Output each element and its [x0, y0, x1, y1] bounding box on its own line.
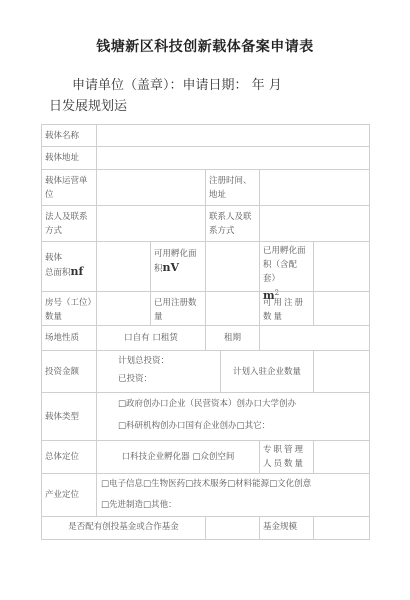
total-area-label-text: 总面积 [45, 268, 71, 278]
fund-question-label: 是否配有创投基金或合作基金 [41, 516, 206, 540]
total-area-label: 载体 总面积nf [41, 241, 97, 292]
header-continuation-line: 日发展规划运 [49, 95, 127, 114]
staff-count-field[interactable] [313, 440, 370, 474]
fund-scale-field[interactable] [313, 516, 370, 540]
used-reg-count-label: 已用注册数量 [150, 291, 206, 326]
total-area-label-line2: 总面积nf [45, 265, 93, 280]
carrier-type-label: 载体类型 [41, 392, 97, 441]
avail-incub-area-field[interactable] [205, 241, 260, 292]
room-count-label: 房号（工位）数量 [41, 291, 97, 326]
carrier-type-options[interactable]: □政府创办口企业（民营资本）创办口大学创办 □科研机构创办口国有企业创办□其它： [96, 392, 370, 441]
avail-incub-area-unit: nV [163, 261, 180, 274]
carrier-address-field[interactable] [96, 146, 370, 170]
used-reg-count-field[interactable] [205, 291, 260, 326]
fund-scale-label: 基金规模 [259, 516, 314, 540]
carrier-type-options-line1[interactable]: □政府创办口企业（民营资本）创办口大学创办 [118, 393, 366, 415]
carrier-type-options-line2[interactable]: □科研机构创办口国有企业创办□其它： [118, 415, 366, 437]
overall-position-options[interactable]: 口科技企业孵化器 □众创空间 [96, 440, 260, 474]
avail-reg-count-label: 可用注册数量 [259, 291, 314, 326]
avail-reg-count-field[interactable] [313, 291, 370, 326]
used-incub-area-label: 已用孵化面积（含配套）m2 [259, 241, 314, 292]
used-incub-area-field[interactable] [313, 241, 370, 292]
lease-term-label: 租期 [205, 325, 260, 351]
overall-position-label: 总体定位 [41, 440, 97, 474]
industry-position-label: 产业定位 [41, 473, 97, 517]
reg-time-address-field[interactable] [259, 169, 370, 206]
carrier-address-label: 载体地址 [41, 146, 97, 170]
document-title: 钱塘新区科技创新载体备案申请表 [0, 36, 410, 56]
operator-field[interactable] [96, 169, 206, 206]
planned-investment-label: 计划总投资： [118, 352, 217, 370]
legal-rep-field[interactable] [96, 205, 206, 242]
site-nature-label: 场地性质 [41, 325, 97, 351]
operator-label: 载体运营单位 [41, 169, 97, 206]
industry-options-line1[interactable]: □电子信息□生物医药□技术服务□材料能源□文化创意 [101, 474, 366, 495]
planned-enterprises-field[interactable] [313, 350, 370, 393]
contact-label: 联系人及联系方式 [205, 205, 260, 242]
total-area-label-line1: 载体 [45, 251, 93, 265]
room-count-field[interactable] [96, 291, 151, 326]
investment-field[interactable]: 计划总投资： 已投资： [96, 350, 221, 393]
fund-question-field[interactable] [205, 516, 260, 540]
site-nature-options[interactable]: 口自有 口租赁 [96, 325, 206, 351]
investment-label: 投资金额 [41, 350, 97, 393]
reg-time-address-label: 注册时间、地址 [205, 169, 260, 206]
carrier-name-field[interactable] [96, 124, 370, 147]
used-incub-area-text: 已用孵化面积（含配套） [263, 246, 306, 284]
total-area-field[interactable] [96, 241, 151, 292]
invested-label: 已投资： [118, 370, 217, 388]
total-area-unit: nf [71, 265, 84, 278]
industry-options[interactable]: □电子信息□生物医药□技术服务□材料能源□文化创意 □先进制造□其他： [96, 473, 370, 517]
staff-count-label: 专职管理人员数量 [259, 440, 314, 474]
legal-rep-label: 法人及联系方式 [41, 205, 97, 242]
lease-term-field[interactable] [259, 325, 370, 351]
applicant-date-line: 申请单位（盖章）：申请日期： 年 月 [72, 74, 282, 93]
avail-incub-area-label: 可用孵化面积nV [150, 241, 206, 292]
carrier-name-label: 载体名称 [41, 124, 97, 147]
industry-options-line2[interactable]: □先进制造□其他： [101, 495, 366, 516]
contact-field[interactable] [259, 205, 370, 242]
planned-enterprises-label: 计划入驻企业数量 [220, 350, 314, 393]
